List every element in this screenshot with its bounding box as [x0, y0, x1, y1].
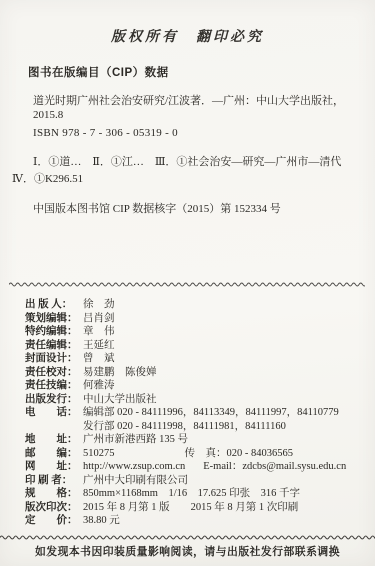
- row-value: 吕肖剑: [83, 312, 115, 326]
- row-value: 510275: [83, 447, 115, 461]
- row-label: 规 格：: [25, 487, 83, 501]
- row-value: 曾 斌: [83, 352, 115, 366]
- colophon-row-tech-editor: 责任技编：何雅涛: [25, 379, 375, 393]
- row-label: 特约编辑：: [25, 325, 83, 339]
- row-value: 章 伟: [83, 325, 115, 339]
- row-value: 2015 年 8 月第 1 版 2015 年 8 月第 1 次印刷: [83, 501, 298, 515]
- cip-classification: Ⅰ．①道… Ⅱ．①江… Ⅲ．①社会治安—研究—广州市—清代 Ⅳ．①K296.51: [33, 154, 375, 188]
- cip-record-line: 中国版本图书馆 CIP 数据核字（2015）第 152334 号: [33, 202, 375, 216]
- colophon-row-edition: 版次印次：2015 年 8 月第 1 版 2015 年 8 月第 1 次印刷: [25, 501, 375, 515]
- colophon-row-planning-editor: 策划编辑：吕肖剑: [25, 312, 375, 326]
- row-value: 易建鹏 陈俊婵: [83, 366, 157, 380]
- colophon-row-publisher: 出版发行：中山大学出版社: [25, 393, 375, 407]
- colophon-row-phone-editorial: 电 话：编辑部 020 - 84111996，84113349，84111997…: [25, 406, 375, 420]
- row-label: 责任编辑：: [25, 339, 83, 353]
- colophon-row-website-email: 网 址：http://www.zsup.com.cnE-mail：zdcbs@m…: [25, 460, 375, 474]
- colophon-block: 出 版 人：徐 劲 策划编辑：吕肖剑 特约编辑：章 伟 责任编辑：王延红 封面设…: [0, 298, 375, 528]
- cip-class-line1: Ⅰ．①道… Ⅱ．①江… Ⅲ．①社会治安—研究—广州市—清代: [33, 154, 375, 171]
- row-value: 中山大学出版社: [83, 393, 157, 407]
- row-value: 编辑部 020 - 84111996，84113349，84111997，841…: [83, 406, 339, 420]
- row-label: 责任校对：: [25, 366, 83, 380]
- colophon-row-address: 地 址：广州市新港西路 135 号: [25, 433, 375, 447]
- row-value-email: E-mail：zdcbs@mail.sysu.edu.cn: [203, 460, 346, 474]
- row-value: 广州市新港西路 135 号: [83, 433, 188, 447]
- cip-header: 图书在版编目（CIP）数据: [28, 66, 375, 80]
- row-value-fax: 传 真：020 - 84036565: [185, 447, 294, 461]
- row-label: 定 价：: [25, 514, 83, 528]
- colophon-row-phone-distribution: 发行部 020 - 84111998，84111981，84111160: [25, 420, 375, 434]
- row-value: 何雅涛: [83, 379, 115, 393]
- row-label: 地 址：: [25, 433, 83, 447]
- row-label: 出版发行：: [25, 393, 83, 407]
- row-label: 邮 编：: [25, 447, 83, 461]
- colophon-row-printer: 印 刷 者：广州中大印刷有限公司: [25, 474, 375, 488]
- quality-exchange-notice: 如发现本书因印装质量影响阅读，请与出版社发行部联系调换: [0, 546, 375, 559]
- row-label: 印 刷 者：: [25, 474, 83, 488]
- row-label: 电 话：: [25, 406, 83, 420]
- wavy-divider-top: [9, 281, 365, 287]
- wavy-divider-bottom: [0, 534, 375, 540]
- colophon-row-resp-editor: 责任编辑：王延红: [25, 339, 375, 353]
- row-value-url: http://www.zsup.com.cn: [83, 460, 185, 474]
- row-label: 策划编辑：: [25, 312, 83, 326]
- colophon-row-cover-design: 封面设计：曾 斌: [25, 352, 375, 366]
- colophon-row-publisher-person: 出 版 人：徐 劲: [25, 298, 375, 312]
- cip-title-line: 道光时期广州社会治安研究/江波著．—广州：中山大学出版社，2015.8: [33, 94, 363, 122]
- copyright-notice: 版权所有 翻印必究: [0, 26, 375, 46]
- row-label: 出 版 人：: [25, 298, 83, 312]
- row-value: 38.80 元: [83, 514, 120, 528]
- colophon-row-price: 定 价：38.80 元: [25, 514, 375, 528]
- row-label: 版次印次：: [25, 501, 83, 515]
- row-label: 封面设计：: [25, 352, 83, 366]
- colophon-row-postcode-fax: 邮 编：510275传 真：020 - 84036565: [25, 447, 375, 461]
- isbn-line: ISBN 978 - 7 - 306 - 05319 - 0: [33, 126, 375, 140]
- row-value: 广州中大印刷有限公司: [83, 474, 188, 488]
- colophon-row-special-editor: 特约编辑：章 伟: [25, 325, 375, 339]
- row-value: 850mm×1168mm 1/16 17.625 印张 316 千字: [83, 487, 300, 501]
- colophon-row-format: 规 格：850mm×1168mm 1/16 17.625 印张 316 千字: [25, 487, 375, 501]
- colophon-row-proofreaders: 责任校对：易建鹏 陈俊婵: [25, 366, 375, 380]
- row-label: 网 址：: [25, 460, 83, 474]
- cip-class-line2: Ⅳ．①K296.51: [12, 171, 375, 188]
- copyright-page: 版权所有 翻印必究 图书在版编目（CIP）数据 道光时期广州社会治安研究/江波著…: [0, 0, 375, 566]
- row-value: 王延红: [83, 339, 115, 353]
- row-value: 徐 劲: [83, 298, 115, 312]
- row-label: 责任技编：: [25, 379, 83, 393]
- row-value: 发行部 020 - 84111998，84111981，84111160: [83, 420, 286, 434]
